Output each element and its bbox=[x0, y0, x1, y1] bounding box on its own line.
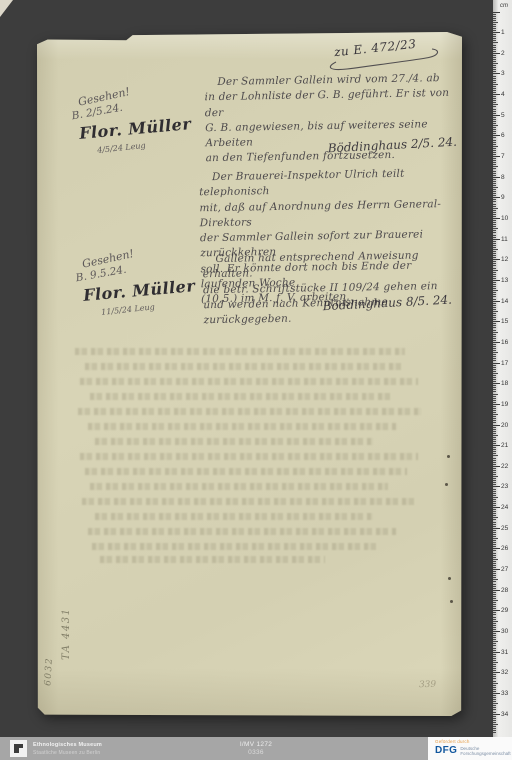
ruler-tick-major bbox=[493, 156, 500, 157]
ruler-tick-minor bbox=[493, 513, 496, 514]
ruler-tick-minor bbox=[493, 429, 496, 430]
paper-speck bbox=[450, 600, 453, 603]
ruler-tick-minor bbox=[493, 629, 496, 630]
ruler-tick-minor bbox=[493, 522, 496, 523]
ruler-tick-minor bbox=[493, 286, 496, 287]
ruler-number: 7 bbox=[501, 153, 505, 160]
ruler-tick-minor bbox=[493, 272, 496, 273]
ruler-tick-major bbox=[493, 135, 500, 136]
ruler-number: 34 bbox=[501, 711, 508, 718]
bleedthrough-line bbox=[100, 556, 325, 563]
ruler-tick-minor bbox=[493, 460, 496, 461]
ruler-tick-minor bbox=[493, 408, 496, 409]
bleedthrough-line bbox=[85, 468, 407, 475]
paper-speck bbox=[448, 577, 451, 580]
ruler-number: 32 bbox=[501, 669, 508, 676]
ruler-tick-minor bbox=[493, 617, 496, 618]
ruler-number: 14 bbox=[501, 298, 508, 305]
ruler-tick-minor bbox=[493, 18, 496, 19]
bleedthrough-line bbox=[80, 378, 418, 385]
ruler-tick-minor bbox=[493, 600, 498, 601]
dfg-funded-by: Gefördert durch bbox=[435, 739, 512, 744]
ruler-tick-minor bbox=[493, 637, 496, 638]
ruler-tick-minor bbox=[493, 730, 496, 731]
ruler-tick-minor bbox=[493, 296, 496, 297]
ruler-tick-minor bbox=[493, 80, 496, 81]
ruler-tick-minor bbox=[493, 195, 496, 196]
ruler-tick-minor bbox=[493, 703, 498, 704]
paragraph-3: Gallein hat entsprechend Anweisung erhal… bbox=[202, 248, 461, 329]
ruler-tick-minor bbox=[493, 555, 496, 556]
ruler-tick-minor bbox=[493, 468, 496, 469]
ruler-tick-minor bbox=[493, 67, 496, 68]
ruler-tick-minor bbox=[493, 501, 496, 502]
ruler-tick-minor bbox=[493, 503, 496, 504]
ruler-tick-minor bbox=[493, 474, 496, 475]
ruler-tick-minor bbox=[493, 166, 498, 167]
ruler-tick-minor bbox=[493, 431, 496, 432]
handwriting-line: mit, daß auf Anordnung des Herrn General… bbox=[199, 196, 463, 231]
ruler-tick-minor bbox=[493, 718, 496, 719]
ruler-tick-major bbox=[493, 177, 500, 178]
ruler-tick-minor bbox=[493, 678, 496, 679]
paper-speck bbox=[447, 455, 450, 458]
ruler-tick-minor bbox=[493, 697, 496, 698]
ruler-tick-minor bbox=[493, 193, 496, 194]
ruler-tick-minor bbox=[493, 282, 496, 283]
ruler-tick-major bbox=[493, 652, 500, 653]
ruler-tick-minor bbox=[493, 563, 496, 564]
ruler-tick-minor bbox=[493, 534, 496, 535]
ruler-tick-minor bbox=[493, 86, 496, 87]
ruler-tick-minor bbox=[493, 685, 496, 686]
ruler-tick-major bbox=[493, 53, 500, 54]
ruler-tick-minor bbox=[493, 92, 496, 93]
dfg-logo-block: Gefördert durch DFG Deutsche Forschungsg… bbox=[428, 737, 512, 760]
corner-light-leak bbox=[0, 0, 13, 17]
ruler-tick-minor bbox=[493, 348, 496, 349]
ruler-tick-minor bbox=[493, 354, 496, 355]
ruler-tick-minor bbox=[493, 127, 496, 128]
ruler-number: 22 bbox=[501, 463, 508, 470]
ruler-tick-minor bbox=[493, 49, 496, 50]
ruler-tick-minor bbox=[493, 26, 496, 27]
ruler-tick-minor bbox=[493, 210, 496, 211]
ruler-tick-minor bbox=[493, 235, 496, 236]
ruler-tick-minor bbox=[493, 96, 496, 97]
ruler-tick-minor bbox=[493, 173, 496, 174]
ruler-tick-minor bbox=[493, 592, 496, 593]
ruler-tick-minor bbox=[493, 137, 496, 138]
ruler-tick-minor bbox=[493, 274, 496, 275]
ruler-tick-minor bbox=[493, 391, 496, 392]
ruler-tick-minor bbox=[493, 668, 496, 669]
ruler-tick-minor bbox=[493, 241, 496, 242]
ruler-tick-minor bbox=[493, 478, 496, 479]
ruler-number: 4 bbox=[501, 91, 505, 98]
ruler-tick-minor bbox=[493, 654, 496, 655]
ruler-tick-minor bbox=[493, 214, 496, 215]
ruler-tick-minor bbox=[493, 175, 496, 176]
ruler-tick-minor bbox=[493, 573, 496, 574]
ruler-tick-minor bbox=[493, 140, 496, 141]
ruler-tick-minor bbox=[493, 187, 498, 188]
ruler-tick-major bbox=[493, 280, 500, 281]
ruler-tick-minor bbox=[493, 365, 496, 366]
ruler-number: 16 bbox=[501, 339, 508, 346]
ruler-tick-minor bbox=[493, 307, 496, 308]
ruler-tick-minor bbox=[493, 691, 496, 692]
ruler-tick-minor bbox=[493, 416, 496, 417]
ruler-tick-major bbox=[493, 259, 500, 260]
ruler-tick-minor bbox=[493, 482, 496, 483]
ruler-tick-major bbox=[493, 631, 500, 632]
ruler-number: 12 bbox=[501, 256, 508, 263]
ruler-tick-minor bbox=[493, 356, 496, 357]
ruler-tick-minor bbox=[493, 709, 496, 710]
ruler-tick-minor bbox=[493, 689, 496, 690]
ruler-tick-minor bbox=[493, 204, 496, 205]
ruler-tick-minor bbox=[493, 695, 496, 696]
ruler-tick-minor bbox=[493, 230, 496, 231]
ruler-tick-minor bbox=[493, 614, 496, 615]
ruler-tick-minor bbox=[493, 305, 496, 306]
ruler-tick-minor bbox=[493, 270, 498, 271]
ruler-tick-minor bbox=[493, 662, 498, 663]
ruler-number: 1 bbox=[501, 29, 505, 36]
ruler-tick-minor bbox=[493, 532, 496, 533]
ruler-number: 18 bbox=[501, 380, 508, 387]
ruler-tick-minor bbox=[493, 726, 496, 727]
ruler-tick-minor bbox=[493, 435, 498, 436]
ruler-tick-minor bbox=[493, 414, 498, 415]
ruler-tick-minor bbox=[493, 728, 496, 729]
ruler-tick-minor bbox=[493, 129, 496, 130]
viewer-footer-bar: Ethnologisches Museum Staatliche Museen … bbox=[0, 737, 512, 760]
ruler-tick-major bbox=[493, 528, 500, 529]
ruler-tick-minor bbox=[493, 586, 496, 587]
ruler-tick-minor bbox=[493, 398, 496, 399]
ruler-tick-minor bbox=[493, 28, 496, 29]
ruler-tick-major bbox=[493, 218, 500, 219]
ruler-tick-minor bbox=[493, 57, 496, 58]
ruler-tick-minor bbox=[493, 309, 496, 310]
ruler-number: 28 bbox=[501, 587, 508, 594]
ruler-tick-minor bbox=[493, 208, 498, 209]
ruler-tick-minor bbox=[493, 451, 496, 452]
ruler-tick-minor bbox=[493, 422, 496, 423]
bleedthrough-line bbox=[75, 348, 405, 355]
ruler-tick-minor bbox=[493, 189, 496, 190]
ruler-tick-minor bbox=[493, 588, 496, 589]
ruler-tick-major bbox=[493, 383, 500, 384]
ruler-tick-minor bbox=[493, 396, 496, 397]
ruler-number: 3 bbox=[501, 70, 505, 77]
ruler-tick-minor bbox=[493, 639, 496, 640]
ruler-tick-minor bbox=[493, 36, 496, 37]
ruler-tick-minor bbox=[493, 350, 496, 351]
ruler-tick-minor bbox=[493, 288, 496, 289]
ruler-tick-minor bbox=[493, 453, 496, 454]
ruler-tick-major bbox=[493, 466, 500, 467]
ruler-tick-minor bbox=[493, 641, 498, 642]
ruler-tick-minor bbox=[493, 47, 496, 48]
ruler-tick-minor bbox=[493, 144, 496, 145]
ruler-tick-minor bbox=[493, 449, 496, 450]
ruler-tick-minor bbox=[493, 720, 496, 721]
ruler-tick-minor bbox=[493, 476, 498, 477]
ruler-tick-major bbox=[493, 239, 500, 240]
ruler-tick-minor bbox=[493, 530, 496, 531]
ruler-tick-minor bbox=[493, 100, 496, 101]
ruler-tick-minor bbox=[493, 119, 496, 120]
ruler-tick-minor bbox=[493, 724, 498, 725]
ruler-tick-minor bbox=[493, 439, 496, 440]
ruler-tick-minor bbox=[493, 577, 496, 578]
ruler-tick-minor bbox=[493, 98, 496, 99]
ruler-tick-minor bbox=[493, 327, 496, 328]
ruler-tick-minor bbox=[493, 387, 496, 388]
ruler-tick-minor bbox=[493, 152, 496, 153]
bleedthrough-line bbox=[85, 363, 403, 370]
ruler-tick-minor bbox=[493, 410, 496, 411]
ruler-tick-minor bbox=[493, 598, 496, 599]
ruler-tick-minor bbox=[493, 612, 496, 613]
ruler-tick-major bbox=[493, 73, 500, 74]
ruler-tick-minor bbox=[493, 220, 496, 221]
ruler-tick-minor bbox=[493, 131, 496, 132]
ruler-tick-minor bbox=[493, 179, 496, 180]
ruler-number: 17 bbox=[501, 360, 508, 367]
ruler-tick-minor bbox=[493, 55, 496, 56]
ruler-tick-minor bbox=[493, 276, 496, 277]
ruler-tick-minor bbox=[493, 509, 496, 510]
ruler-number: 8 bbox=[501, 174, 505, 181]
ruler-number: 25 bbox=[501, 525, 508, 532]
ruler-unit-label: cm bbox=[500, 3, 508, 9]
ruler-tick-minor bbox=[493, 294, 496, 295]
ruler-tick-minor bbox=[493, 117, 496, 118]
handwriting-line: Der Brauerei-Inspektor Ulrich teilt tele… bbox=[199, 166, 463, 201]
ruler-tick-minor bbox=[493, 111, 496, 112]
ruler-number: 20 bbox=[501, 422, 508, 429]
handwriting-line: Gallein hat entsprechend Anweisung erhal… bbox=[202, 248, 460, 283]
ruler-tick-minor bbox=[493, 158, 496, 159]
ruler-tick-minor bbox=[493, 290, 498, 291]
ruler-tick-minor bbox=[493, 313, 496, 314]
ruler-tick-minor bbox=[493, 76, 496, 77]
ruler-tick-minor bbox=[493, 621, 498, 622]
ruler-tick-minor bbox=[493, 406, 496, 407]
ruler-tick-minor bbox=[493, 106, 496, 107]
ruler-tick-minor bbox=[493, 369, 496, 370]
ruler-tick-major bbox=[493, 404, 500, 405]
ruler-tick-minor bbox=[493, 317, 496, 318]
ruler-tick-minor bbox=[493, 542, 496, 543]
ruler-tick-minor bbox=[493, 491, 496, 492]
ruler-number: 23 bbox=[501, 483, 508, 490]
ruler-tick-minor bbox=[493, 146, 498, 147]
bleedthrough-line bbox=[95, 438, 373, 445]
ruler-tick-minor bbox=[493, 412, 496, 413]
ruler-tick-minor bbox=[493, 181, 496, 182]
ruler-tick-minor bbox=[493, 557, 496, 558]
ruler-tick-minor bbox=[493, 338, 496, 339]
ruler-tick-minor bbox=[493, 379, 496, 380]
document-page: zu E. 472/23 Der Sammler Gallein wird vo… bbox=[37, 32, 462, 716]
ruler-tick-minor bbox=[493, 51, 496, 52]
ruler-tick-minor bbox=[493, 150, 496, 151]
ruler-tick-minor bbox=[493, 732, 496, 733]
ruler-number: 31 bbox=[501, 649, 508, 656]
ruler-number: 15 bbox=[501, 318, 508, 325]
ruler-tick-minor bbox=[493, 125, 498, 126]
ruler-tick-minor bbox=[493, 334, 496, 335]
ruler-tick-minor bbox=[493, 594, 496, 595]
ruler-tick-minor bbox=[493, 371, 496, 372]
ruler-tick-minor bbox=[493, 330, 496, 331]
ruler-tick-minor bbox=[493, 472, 496, 473]
bleedthrough-line bbox=[80, 453, 418, 460]
ruler-tick-minor bbox=[493, 575, 496, 576]
ruler-tick-minor bbox=[493, 511, 496, 512]
ruler-tick-minor bbox=[493, 480, 496, 481]
ruler-number: 24 bbox=[501, 504, 508, 511]
ruler-tick-minor bbox=[493, 224, 496, 225]
ruler-tick-minor bbox=[493, 581, 496, 582]
ruler-number: 11 bbox=[501, 236, 508, 243]
ruler-tick-minor bbox=[493, 78, 496, 79]
ruler-tick-major bbox=[493, 197, 500, 198]
ruler-tick-major bbox=[493, 672, 500, 673]
ruler-tick-minor bbox=[493, 375, 496, 376]
ruler-tick-minor bbox=[493, 164, 496, 165]
ruler-tick-minor bbox=[493, 249, 498, 250]
ruler-tick-minor bbox=[493, 699, 496, 700]
ruler-tick-minor bbox=[493, 245, 496, 246]
ruler-tick-minor bbox=[493, 268, 496, 269]
ruler-tick-major bbox=[493, 714, 500, 715]
ruler-tick-minor bbox=[493, 206, 496, 207]
ruler-tick-minor bbox=[493, 373, 498, 374]
ruler-tick-minor bbox=[493, 381, 496, 382]
ruler-tick-major bbox=[493, 445, 500, 446]
ruler-tick-minor bbox=[493, 133, 496, 134]
ruler-tick-minor bbox=[493, 102, 496, 103]
ruler-tick-minor bbox=[493, 515, 496, 516]
ruler-tick-minor bbox=[493, 315, 496, 316]
ruler-number: 26 bbox=[501, 545, 508, 552]
ruler-tick-minor bbox=[493, 493, 496, 494]
ruler-tick-minor bbox=[493, 707, 496, 708]
ruler-tick-minor bbox=[493, 311, 498, 312]
ruler-tick-major bbox=[493, 301, 500, 302]
ruler-tick-minor bbox=[493, 427, 496, 428]
ruler-tick-minor bbox=[493, 433, 496, 434]
ruler-tick-major bbox=[493, 569, 500, 570]
ruler-tick-minor bbox=[493, 162, 496, 163]
ruler-tick-minor bbox=[493, 323, 496, 324]
ruler-tick-minor bbox=[493, 722, 496, 723]
ruler-tick-minor bbox=[493, 536, 496, 537]
document-page-wrap: zu E. 472/23 Der Sammler Gallein wird vo… bbox=[37, 32, 462, 716]
ruler-tick-minor bbox=[493, 109, 496, 110]
ruler-tick-minor bbox=[493, 505, 496, 506]
ruler-tick-minor bbox=[493, 40, 496, 41]
ruler-tick-minor bbox=[493, 437, 496, 438]
ruler-tick-minor bbox=[493, 367, 496, 368]
ruler-tick-minor bbox=[493, 619, 496, 620]
ruler-tick-minor bbox=[493, 61, 496, 62]
ruler-tick-minor bbox=[493, 656, 496, 657]
ruler-tick-minor bbox=[493, 606, 496, 607]
ruler-tick-minor bbox=[493, 216, 496, 217]
faint-page-number: 339 bbox=[419, 680, 437, 691]
ruler-tick-minor bbox=[493, 263, 496, 264]
ruler-tick-minor bbox=[493, 660, 496, 661]
ruler-number: 30 bbox=[501, 628, 508, 635]
ruler-tick-minor bbox=[493, 292, 496, 293]
ruler-tick-minor bbox=[493, 160, 496, 161]
ruler-tick-minor bbox=[493, 687, 496, 688]
ruler-tick-minor bbox=[493, 226, 496, 227]
ruler-tick-minor bbox=[493, 358, 496, 359]
ruler-tick-minor bbox=[493, 212, 496, 213]
ruler-number: 2 bbox=[501, 50, 505, 57]
ruler-tick-minor bbox=[493, 251, 496, 252]
ruler-tick-minor bbox=[493, 171, 496, 172]
ruler-tick-minor bbox=[493, 257, 496, 258]
ruler-tick-minor bbox=[493, 441, 496, 442]
ruler-number: 10 bbox=[501, 215, 508, 222]
ruler-tick-minor bbox=[493, 666, 496, 667]
pencil-shelfmark-vertical: TA 4431 bbox=[61, 560, 72, 660]
ruler-tick-minor bbox=[493, 265, 496, 266]
ruler-number: 19 bbox=[501, 401, 508, 408]
ruler-number: 21 bbox=[501, 442, 508, 449]
ruler-tick-minor bbox=[493, 191, 496, 192]
ruler-tick-minor bbox=[493, 538, 498, 539]
ruler-tick-minor bbox=[493, 142, 496, 143]
ruler-tick-minor bbox=[493, 253, 496, 254]
ruler-tick-minor bbox=[493, 648, 496, 649]
ruler-tick-minor bbox=[493, 546, 496, 547]
ruler-tick-minor bbox=[493, 284, 496, 285]
ruler-tick-minor bbox=[493, 635, 496, 636]
bleedthrough-line bbox=[95, 513, 373, 520]
ruler-tick-minor bbox=[493, 325, 496, 326]
ruler-tick-minor bbox=[493, 571, 496, 572]
ruler-tick-minor bbox=[493, 360, 496, 361]
seen-note-1: Gesehen! B. 2/5.24. Flor. Müller 4/5/24 … bbox=[71, 84, 191, 150]
ruler-tick-minor bbox=[493, 154, 496, 155]
ruler-tick-minor bbox=[493, 517, 498, 518]
ruler-tick-minor bbox=[493, 464, 496, 465]
ruler-tick-minor bbox=[493, 602, 496, 603]
ruler-tick-minor bbox=[493, 705, 496, 706]
ruler-tick-minor bbox=[493, 38, 496, 39]
ruler-tick-minor bbox=[493, 495, 496, 496]
ruler-tick-minor bbox=[493, 148, 496, 149]
handwriting-line: in der Lohnliste der G. B. geführt. Er i… bbox=[204, 86, 456, 121]
ruler-tick-minor bbox=[493, 332, 498, 333]
ruler-tick-minor bbox=[493, 237, 496, 238]
ruler-tick-minor bbox=[493, 385, 496, 386]
ruler-tick-minor bbox=[493, 352, 498, 353]
ruler-tick-minor bbox=[493, 90, 496, 91]
ruler-tick-minor bbox=[493, 121, 496, 122]
ruler-tick-minor bbox=[493, 633, 496, 634]
